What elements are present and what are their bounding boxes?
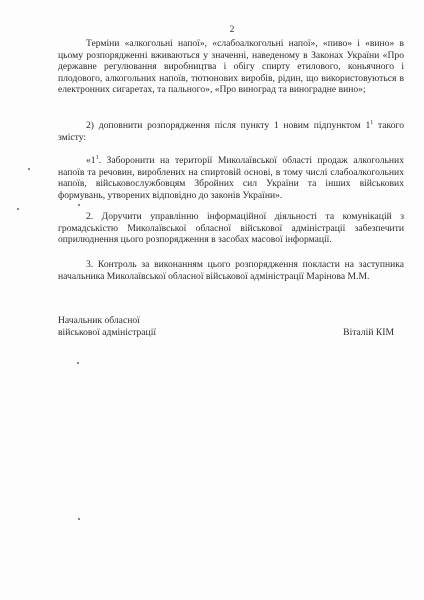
item-2-text: 2) доповнити розпорядження після пункту …: [58, 120, 404, 143]
terms-text: Терміни «алкогольні напої», «слабоалкого…: [58, 38, 404, 96]
signatory-title-line-1: Начальник обласної: [58, 315, 156, 327]
point-3-text: 3. Контроль за виконанням цього розпоряд…: [58, 259, 404, 282]
quote-prefix: «1: [86, 155, 96, 166]
page-number: 2: [0, 25, 424, 35]
terms-definition-paragraph: Терміни «алкогольні напої», «слабоалкого…: [58, 38, 404, 96]
scan-speck: [78, 518, 80, 520]
scan-speck: [78, 204, 80, 206]
quote-text: «11. Заборонити на території Миколаївськ…: [58, 155, 404, 201]
point-3-paragraph: 3. Контроль за виконанням цього розпоряд…: [58, 259, 404, 282]
scan-speck: [77, 362, 79, 364]
item-2-prefix: 2) доповнити розпорядження після пункту …: [86, 120, 370, 131]
subpoint-1-1-quote-paragraph: «11. Заборонити на території Миколаївськ…: [58, 155, 404, 201]
signatory-name: Віталій КІМ: [343, 327, 394, 339]
quote-body: . Заборонити на території Миколаївської …: [58, 155, 404, 201]
point-2-paragraph: 2. Доручити управлінню інформаційної дія…: [58, 211, 404, 246]
document-page: 2 Терміни «алкогольні напої», «слабоалко…: [0, 0, 424, 600]
scan-speck: [28, 168, 30, 170]
signatory-title: Начальник обласної військової адміністра…: [58, 315, 156, 338]
signatory-title-line-2: військової адміністрації: [58, 327, 156, 339]
point-2-text: 2. Доручити управлінню інформаційної дія…: [58, 211, 404, 246]
item-2-amendment-paragraph: 2) доповнити розпорядження після пункту …: [58, 120, 404, 143]
scan-speck: [17, 208, 19, 210]
